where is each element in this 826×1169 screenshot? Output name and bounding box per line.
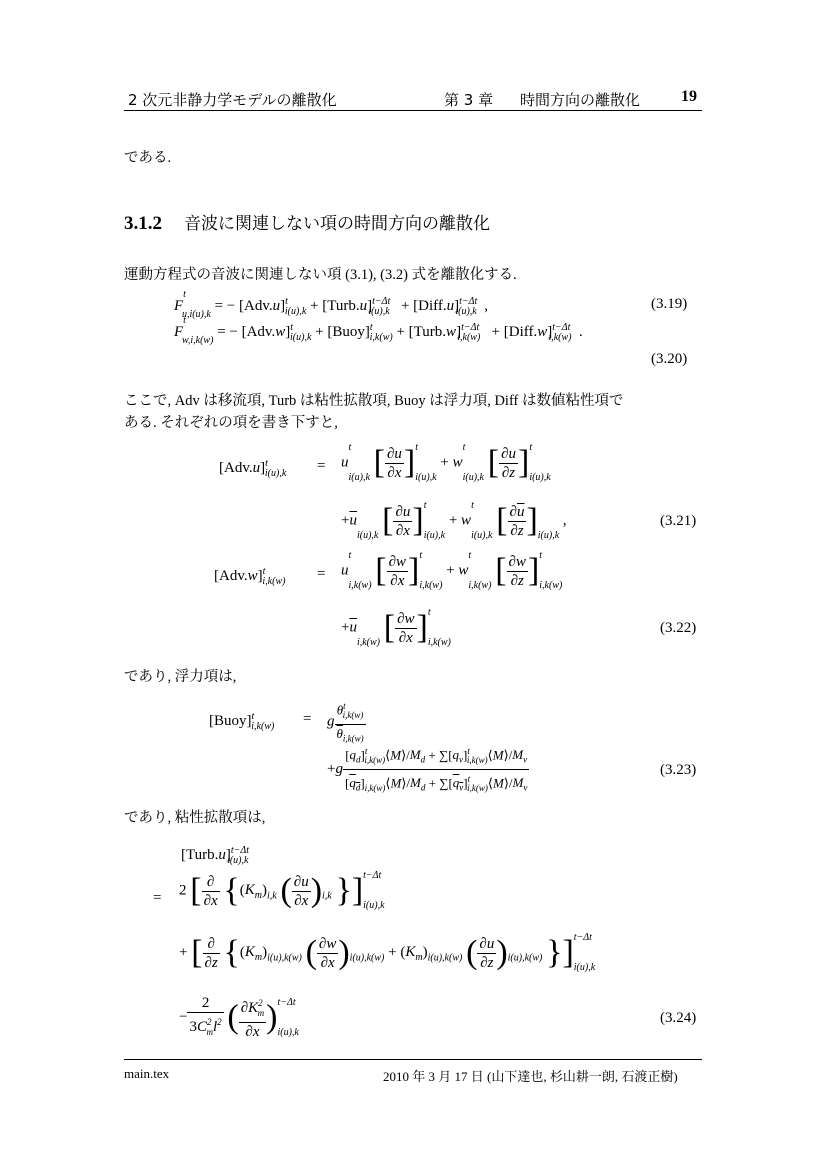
equation-3-23-lhs: [Buoy]ti,k(w) [209,711,274,732]
equation-label-3-22: (3.22) [660,620,696,637]
section-title: 音波に関連しない項の時間方向の離散化 [184,214,490,234]
equation-label-3-19: (3.19) [651,296,687,313]
page-number: 19 [681,88,697,106]
equation-3-22-line-1: uti,k(w) [∂w∂x]ti,k(w) + wti,k(w) [∂w∂z]… [341,550,562,592]
intro-text: である. [124,146,171,167]
footer-rule [124,1059,702,1060]
paragraph-3: であり, 浮力項は, [124,665,236,686]
equation-3-24-line-3: −23C2ml2 (∂K2m∂x)t−Δti(u),k [179,994,299,1041]
equation-3-21-equals: = [317,458,325,475]
paragraph-1: 運動方程式の音波に関連しない項 (3.1), (3.2) 式を離散化する. [124,263,517,284]
equation-3-23-line-1: gθti,k(w)θi,k(w) [327,697,366,748]
footer-date-authors: 2010 年 3 月 17 日 (山下達也, 杉山耕一朗, 石渡正樹) [383,1066,678,1085]
equation-label-3-20: (3.20) [651,351,687,368]
equation-3-24-equals: = [153,890,161,907]
equation-label-3-23: (3.23) [660,762,696,779]
equation-3-21-line-2: +u i(u),k [∂u∂x]ti(u),k + wti(u),k [∂u∂z… [341,500,567,542]
paragraph-2-line-2: ある. それぞれの項を書き下すと, [124,411,338,432]
equation-label-3-24: (3.24) [660,1010,696,1027]
equation-3-23-line-2: +g[qd]ti,k(w)⟨M⟩/Md + ∑[qv]ti,k(w)⟨M⟩/Mv… [327,742,529,797]
equation-3-23-equals: = [303,711,311,728]
equation-3-21-lhs: [Adv.u]ti(u),k [219,458,286,479]
paragraph-4: であり, 粘性拡散項は, [124,806,265,827]
equation-3-22-line-2: +u i,k(w) [∂w∂x]ti,k(w) [341,607,451,649]
running-header-left-text: 2 次元非静力学モデルの離散化 [128,91,337,109]
section-number: 3.1.2 [124,213,162,234]
equation-3-21-line-1: uti(u),k [∂u∂x]ti(u),k + wti(u),k [∂u∂z]… [341,442,551,484]
equation-3-24-line-2: + [∂∂z {(Km)i(u),k(w) (∂w∂x)i(u),k(w) + … [179,932,595,974]
equation-3-24-lhs: [Turb.u]t−Δti(u),k [181,845,248,866]
equation-label-3-21: (3.21) [660,513,696,530]
footer-filename: main.tex [124,1066,169,1082]
paragraph-2-line-1: ここで, Adv は移流項, Turb は粘性拡散項, Buoy は浮力項, D… [124,389,623,410]
equation-3-19: Ftu,i(u),k = − [Adv.u]ti(u),k + [Turb.u]… [174,296,488,317]
running-header-chapter-title: 時間方向の離散化 [520,89,640,110]
equation-3-22-equals: = [317,566,325,583]
equation-3-20: Ftw,i,k(w) = − [Adv.w]ti(u),k + [Buoy]ti… [174,322,583,343]
equation-3-22-lhs: [Adv.w]ti,k(w) [214,566,285,587]
equation-3-24-line-1: 2 [∂∂x {(Km)i,k (∂u∂x)i,k }]t−Δti(u),k [179,870,385,912]
section-heading: 3.1.2音波に関連しない項の時間方向の離散化 [124,209,490,235]
header-rule [124,110,702,111]
running-header-left: 2 次元非静力学モデルの離散化 [128,89,337,110]
running-header-chapter: 第 3 章 [444,89,493,110]
